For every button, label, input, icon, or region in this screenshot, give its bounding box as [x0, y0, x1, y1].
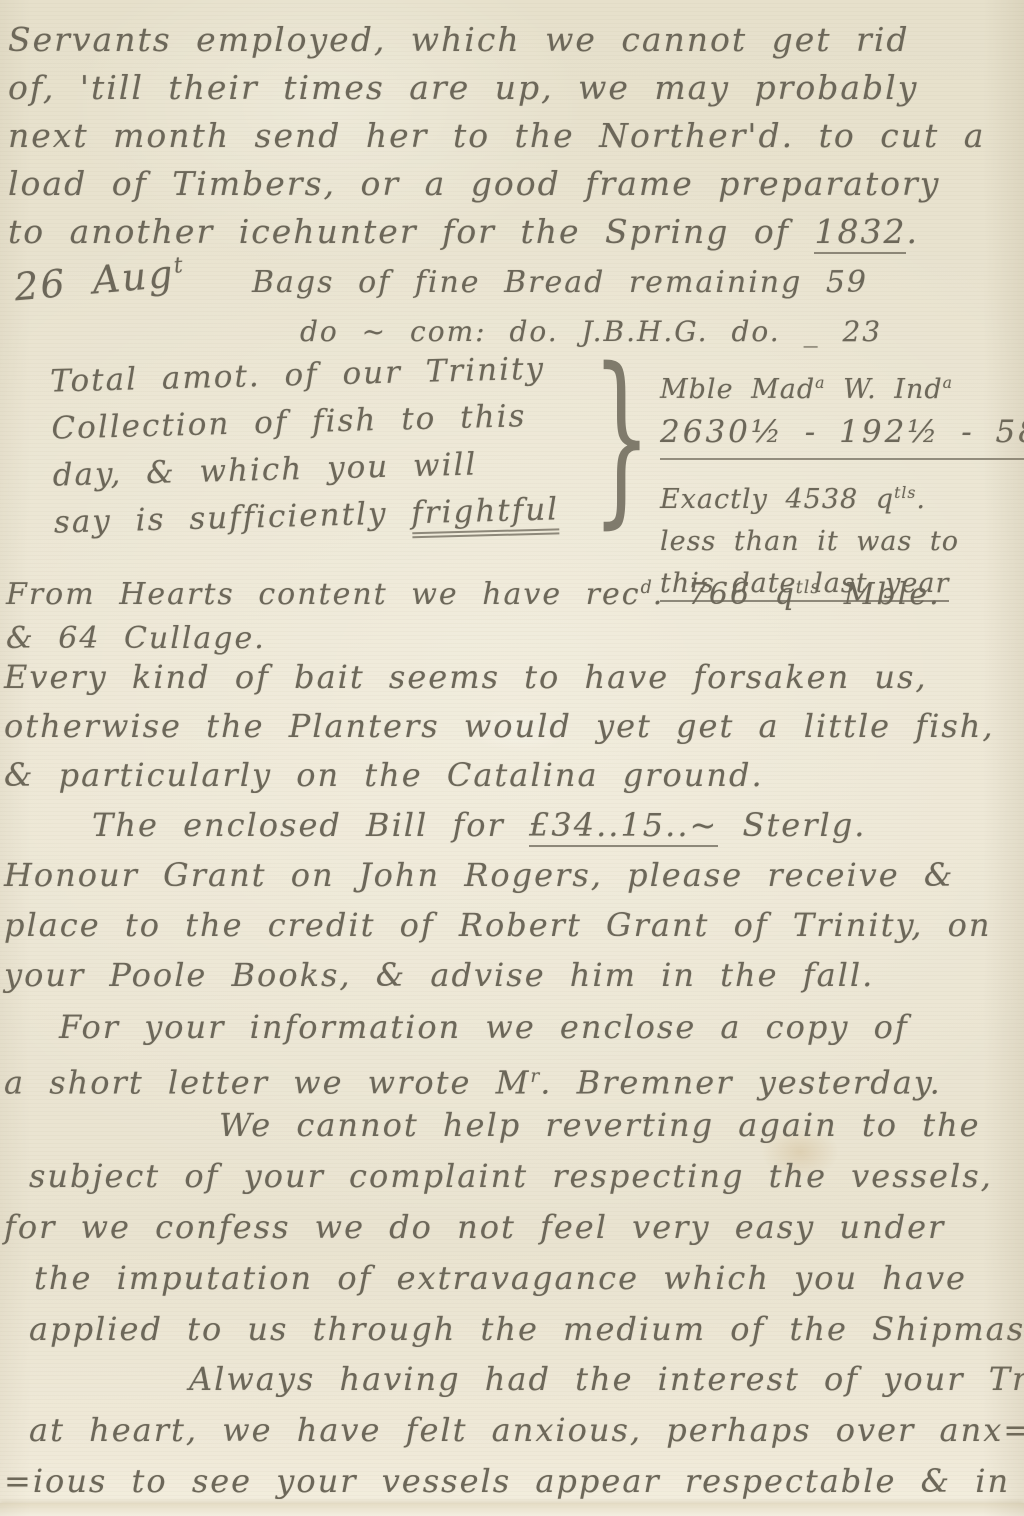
- letter-text: r: [530, 1066, 540, 1087]
- letter-text: Honour Grant on John Rogers, please rece…: [4, 856, 954, 894]
- letter-text: For your information we enclose a copy o…: [59, 1008, 909, 1046]
- letter-text: Collection of fish to this: [51, 398, 527, 446]
- letter-text: Bags of fine Bread remaining 59: [252, 265, 868, 300]
- letter-text: your Poole Books, & advise him in the fa…: [4, 956, 874, 994]
- letter-line: The enclosed Bill for £34..15..~ Sterlg.: [92, 800, 991, 850]
- letter-text: to another icehunter for the Spring of: [8, 212, 814, 251]
- margin-date-note: 26 Augt: [12, 251, 186, 310]
- letter-text: 1832: [814, 212, 906, 254]
- letter-text: d: [641, 578, 653, 598]
- letter-text: Total amot. of our Trinity: [50, 351, 546, 400]
- letter-text: Always having had the interest of your T…: [189, 1360, 1024, 1398]
- letter-line: For your information we enclose a copy o…: [59, 1002, 942, 1052]
- letter-line: otherwise the Planters would yet get a l…: [4, 702, 995, 751]
- letter-line: & particularly on the Catalina ground.: [4, 751, 995, 800]
- letter-text: a: [815, 373, 825, 392]
- letter-line: From Hearts content we have recd. 766 qt…: [6, 566, 941, 617]
- letter-line: place to the credit of Robert Grant of T…: [4, 900, 991, 950]
- letter-text: place to the credit of Robert Grant of T…: [4, 906, 991, 944]
- letter-line: at heart, we have felt anxious, perhaps …: [29, 1405, 1024, 1456]
- letter-text: a: [943, 373, 953, 392]
- letter-text: of, 'till their times are up, we may pro…: [8, 68, 918, 107]
- letter-text: We cannot help reverting again to the: [219, 1106, 981, 1144]
- letter-text: frightful: [411, 491, 560, 538]
- letter-text: =ious to see your vessels appear respect…: [4, 1462, 1024, 1500]
- paragraph-bait: Every kind of bait seems to have forsake…: [4, 653, 995, 800]
- letter-line: Bags of fine Bread remaining 59: [252, 258, 882, 307]
- letter-text: Sterlg.: [718, 806, 866, 844]
- letter-line: of, 'till their times are up, we may pro…: [8, 64, 985, 112]
- letter-line: We cannot help reverting again to the: [219, 1100, 1024, 1151]
- letter-text: day, & which you will: [52, 446, 478, 493]
- letter-text: t: [173, 253, 185, 279]
- letter-text: tls: [796, 578, 820, 598]
- letter-text: the imputation of extravagance which you…: [34, 1259, 967, 1297]
- letter-line: Mble Mada W. Inda: [660, 362, 1024, 411]
- fish-total-note: Total amot. of our TrinityCollection of …: [50, 345, 560, 546]
- letter-page: Servants employed, which we cannot get r…: [0, 0, 1024, 1516]
- curly-brace-mark: }: [592, 344, 651, 530]
- letter-text: applied to us through the medium of the …: [29, 1310, 1024, 1348]
- letter-text: Servants employed, which we cannot get r…: [8, 20, 910, 59]
- letter-line: 2630½ - 192½ - 58: [660, 411, 1024, 460]
- paragraph-complaint: We cannot help reverting again to thesub…: [4, 1100, 1024, 1355]
- letter-text: W. Ind: [826, 374, 943, 405]
- letter-text: 2630½ - 192½ - 58: [660, 414, 1024, 450]
- letter-text: . 766 q: [653, 577, 796, 612]
- letter-text: & particularly on the Catalina ground.: [4, 756, 764, 794]
- letter-text: a short letter we wrote M: [4, 1064, 530, 1102]
- letter-line: applied to us through the medium of the …: [29, 1304, 1024, 1355]
- letter-text: for we confess we do not feel very easy …: [4, 1208, 945, 1246]
- letter-line: Honour Grant on John Rogers, please rece…: [4, 850, 991, 900]
- letter-line: load of Timbers, or a good frame prepara…: [8, 160, 985, 208]
- letter-text: £34..15..~: [529, 806, 718, 847]
- letter-text: otherwise the Planters would yet get a l…: [4, 707, 995, 745]
- letter-line: to another icehunter for the Spring of 1…: [8, 208, 985, 256]
- paragraph-enclosure: For your information we enclose a copy o…: [4, 1002, 942, 1108]
- letter-text: load of Timbers, or a good frame prepara…: [8, 164, 940, 203]
- paragraph-trade: Always having had the interest of your T…: [4, 1354, 1024, 1507]
- hearts-content-note: From Hearts content we have recd. 766 qt…: [6, 566, 941, 661]
- letter-line: Every kind of bait seems to have forsake…: [4, 653, 995, 702]
- letter-text: less than it was to: [660, 526, 959, 557]
- letter-text: Mble Mad: [660, 374, 815, 405]
- letter-text: . Bremner yesterday.: [540, 1064, 942, 1102]
- letter-line: Always having had the interest of your T…: [189, 1354, 1024, 1405]
- letter-line: the imputation of extravagance which you…: [34, 1253, 1024, 1304]
- letter-text: tls: [894, 483, 916, 502]
- letter-text: next month send her to the Norther'd. to…: [8, 116, 985, 155]
- letter-text: Mble.: [820, 577, 940, 612]
- letter-line: Servants employed, which we cannot get r…: [8, 16, 985, 64]
- letter-text: .: [906, 212, 919, 251]
- letter-text: Exactly 4538 q: [660, 484, 894, 515]
- paragraph-opening: Servants employed, which we cannot get r…: [8, 16, 985, 256]
- letter-text: The enclosed Bill for: [92, 806, 529, 844]
- letter-text: 26 Aug: [12, 252, 176, 310]
- letter-text: From Hearts content we have rec: [6, 577, 641, 612]
- letter-line: for we confess we do not feel very easy …: [4, 1202, 1024, 1253]
- letter-text: subject of your complaint respecting the…: [29, 1157, 993, 1195]
- letter-line: your Poole Books, & advise him in the fa…: [4, 950, 991, 1000]
- letter-text: .: [916, 484, 926, 515]
- letter-line: subject of your complaint respecting the…: [29, 1151, 1024, 1202]
- letter-text: say is sufficiently: [53, 495, 411, 540]
- letter-line: less than it was to: [660, 521, 1024, 563]
- letter-line: 26 Augt: [12, 251, 186, 310]
- letter-text: & 64 Cullage.: [6, 621, 266, 656]
- letter-line: =ious to see your vessels appear respect…: [4, 1456, 1024, 1507]
- bread-ledger: Bags of fine Bread remaining 59do ~ com:…: [252, 258, 882, 356]
- page-bottom-edge: [0, 1503, 1024, 1516]
- paragraph-bill: The enclosed Bill for £34..15..~ Sterlg.…: [4, 800, 991, 1000]
- letter-line: next month send her to the Norther'd. to…: [8, 112, 985, 160]
- letter-line: Exactly 4538 qtls.: [660, 472, 1024, 521]
- letter-text: Every kind of bait seems to have forsake…: [4, 658, 928, 696]
- letter-text: at heart, we have felt anxious, perhaps …: [29, 1411, 1024, 1449]
